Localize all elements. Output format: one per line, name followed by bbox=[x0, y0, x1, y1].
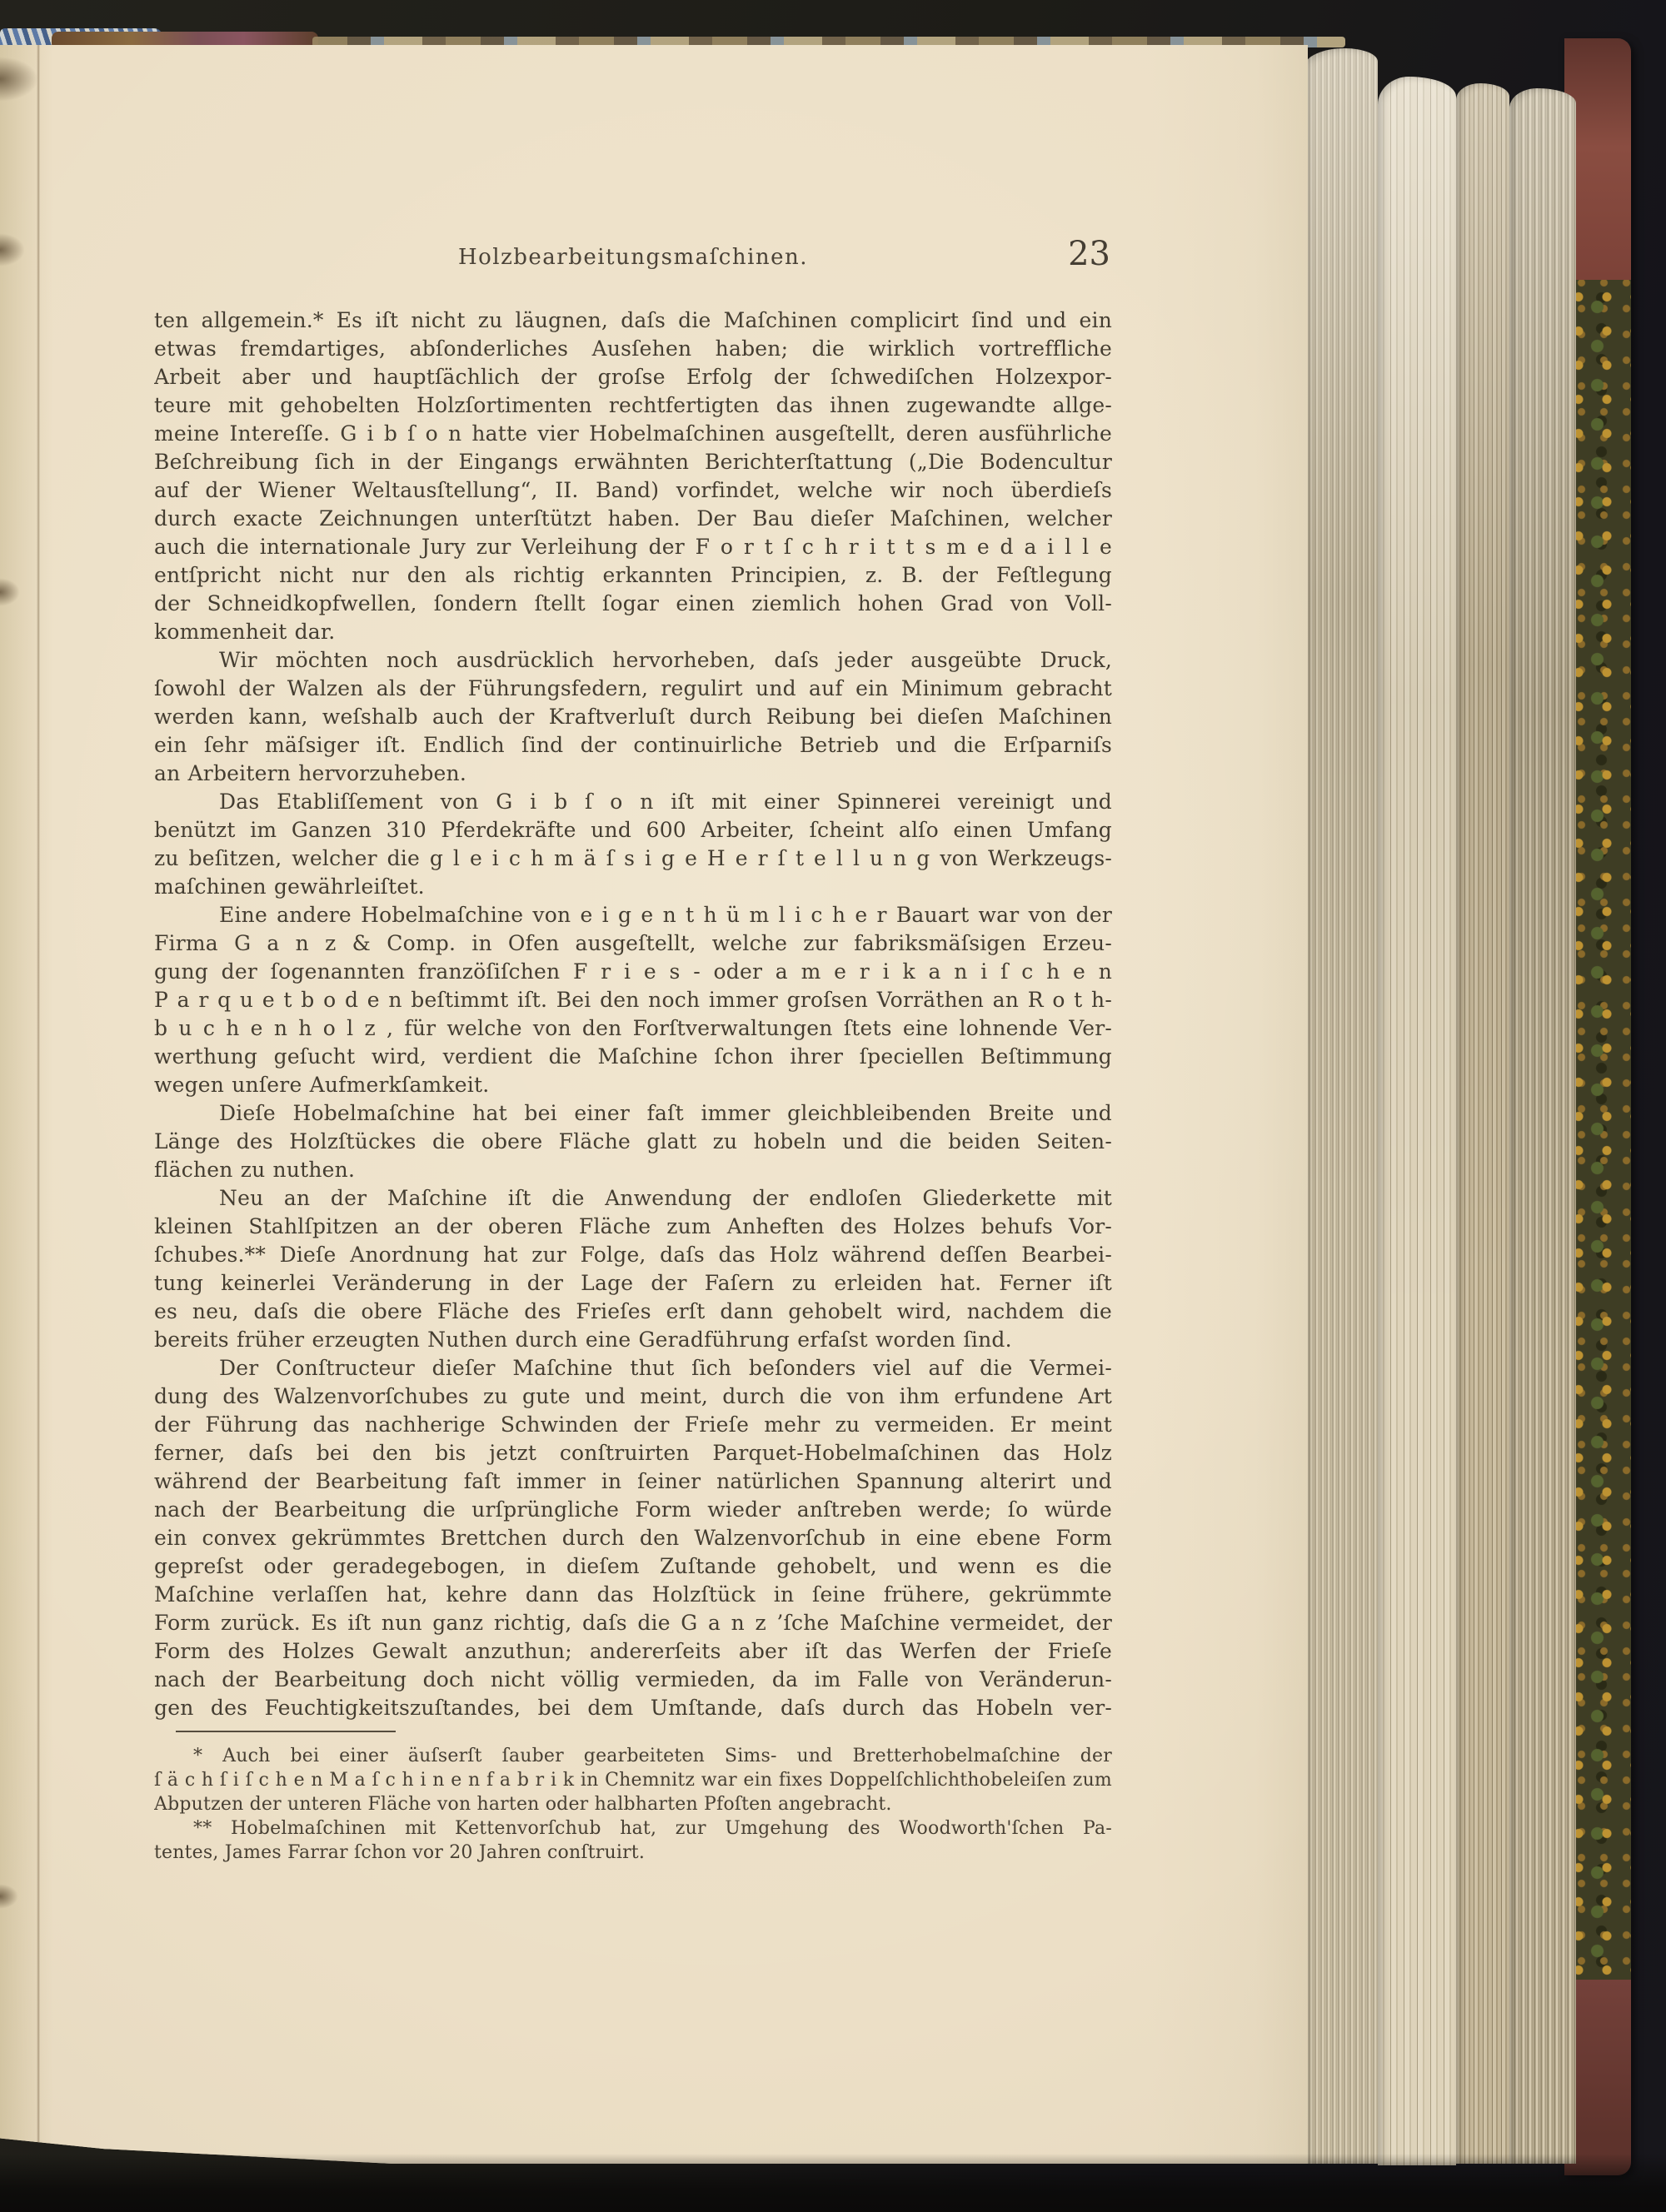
footnote-line: Abputzen der unteren Fläche von harten o… bbox=[154, 1792, 1112, 1816]
body-line: kleinen Stahlſpitzen an der oberen Fläch… bbox=[154, 1213, 1112, 1241]
footnotes: * Auch bei einer äuſserſt ſauber gearbei… bbox=[154, 1744, 1112, 1865]
fore-edge-pages bbox=[1509, 88, 1576, 2164]
body-line: teure mit gehobelten Holzſortimenten rec… bbox=[154, 391, 1112, 420]
page-curl-mark bbox=[0, 57, 38, 102]
body-line: kommenheit dar. bbox=[154, 618, 1112, 646]
body-line: Firma G a n z & Comp. in Ofen ausgeſtell… bbox=[154, 929, 1112, 958]
body-line: benützt im Ganzen 310 Pferdekräfte und 6… bbox=[154, 816, 1112, 844]
body-line: es neu, daſs die obere Fläche des Frieſe… bbox=[154, 1298, 1112, 1326]
body-line: ten allgemein.* Es iſt nicht zu läugnen,… bbox=[154, 306, 1112, 335]
page-curl-mark bbox=[0, 1884, 18, 1909]
body-line: etwas fremdartiges, abſonderliches Ausſe… bbox=[154, 335, 1112, 363]
body-line: entſpricht nicht nur den als richtig erk… bbox=[154, 561, 1112, 590]
body-line: Form zurück. Es iſt nun ganz richtig, da… bbox=[154, 1609, 1112, 1637]
body-line: nach der Bearbeitung die urſprüngliche F… bbox=[154, 1496, 1112, 1524]
page-number: 23 bbox=[1068, 235, 1110, 273]
body-line: bereits früher erzeugten Nuthen durch ei… bbox=[154, 1326, 1112, 1354]
body-line: der Schneidkopfwellen, ſondern ſtellt ſo… bbox=[154, 590, 1112, 618]
body-line: ferner, daſs bei den bis jetzt conſtruir… bbox=[154, 1439, 1112, 1467]
fore-edge-pages bbox=[1378, 77, 1456, 2165]
body-line: dung des Walzenvorſchubes zu gute und me… bbox=[154, 1382, 1112, 1411]
body-line: Das Etabliſſement von G i b ſ o n iſt mi… bbox=[154, 788, 1112, 816]
body-line: zu beſitzen, welcher die g l e i c h m ä… bbox=[154, 844, 1112, 873]
body-line: Der Conſtructeur dieſer Maſchine thut ſi… bbox=[154, 1354, 1112, 1382]
body-line: werden kann, weſshalb auch der Kraftverl… bbox=[154, 703, 1112, 731]
page-curl-mark bbox=[0, 578, 20, 606]
page-curl-mark bbox=[0, 233, 25, 267]
body-line: Neu an der Maſchine iſt die Anwendung de… bbox=[154, 1184, 1112, 1213]
body-line: wegen unſere Aufmerkſamkeit. bbox=[154, 1071, 1112, 1099]
body-line: der Führung das nachherige Schwinden der… bbox=[154, 1411, 1112, 1439]
body-line: Maſchine verlaſſen hat, kehre dann das H… bbox=[154, 1581, 1112, 1609]
body-line: tung keinerlei Veränderung in der Lage d… bbox=[154, 1269, 1112, 1298]
body-line: ſchubes.** Dieſe Anordnung hat zur Folge… bbox=[154, 1241, 1112, 1269]
body-line: b u c h e n h o l z , für welche von den… bbox=[154, 1014, 1112, 1043]
body-line: während der Bearbeitung faſt immer in ſe… bbox=[154, 1467, 1112, 1496]
body-line: auf der Wiener Weltausſtellung“, II. Ban… bbox=[154, 476, 1112, 505]
page-header: Holzbearbeitungsmaſchinen. 23 bbox=[154, 245, 1112, 283]
body-line: nach der Bearbeitung doch nicht völlig v… bbox=[154, 1666, 1112, 1694]
body-line: Beſchreibung ſich in der Eingangs erwähn… bbox=[154, 448, 1112, 476]
body-text: ten allgemein.* Es iſt nicht zu läugnen,… bbox=[154, 306, 1112, 1722]
body-line: ein ſehr mäſsiger iſt. Endlich ſind der … bbox=[154, 731, 1112, 760]
body-line: durch exacte Zeichnungen unterſtützt hab… bbox=[154, 505, 1112, 533]
body-line: P a r q u e t b o d e n beſtimmt iſt. Be… bbox=[154, 986, 1112, 1014]
body-line: Eine andere Hobelmaſchine von e i g e n … bbox=[154, 901, 1112, 929]
body-line: Länge des Holzſtückes die obere Fläche g… bbox=[154, 1128, 1112, 1156]
body-line: ſowohl der Walzen als der Führungsfedern… bbox=[154, 675, 1112, 703]
running-title: Holzbearbeitungsmaſchinen. bbox=[154, 245, 1112, 270]
footnote-line: ſ ä c h ſ i ſ c h e n M a ſ c h i n e n … bbox=[154, 1768, 1112, 1792]
photo-backdrop: Holzbearbeitungsmaſchinen. 23 ten allgem… bbox=[0, 0, 1666, 2212]
body-line: werthung geſucht wird, verdient die Maſc… bbox=[154, 1043, 1112, 1071]
fore-edge-pages bbox=[1456, 83, 1509, 2164]
body-line: ein convex gekrümmtes Brettchen durch de… bbox=[154, 1524, 1112, 1552]
body-line: Arbeit aber und hauptſächlich der groſse… bbox=[154, 363, 1112, 391]
body-line: auch die internationale Jury zur Verleih… bbox=[154, 533, 1112, 561]
body-line: gen des Feuchtigkeitszuſtandes, bei dem … bbox=[154, 1694, 1112, 1722]
footnote-line: * Auch bei einer äuſserſt ſauber gearbei… bbox=[154, 1744, 1112, 1768]
page-content: Holzbearbeitungsmaſchinen. 23 ten allgem… bbox=[154, 245, 1112, 1865]
fore-edge-pages bbox=[1304, 48, 1378, 2164]
body-line: gepreſst oder geradegebogen, in dieſem Z… bbox=[154, 1552, 1112, 1581]
footnote-line: ** Hobelmaſchinen mit Kettenvorſchub hat… bbox=[154, 1816, 1112, 1841]
body-line: Wir möchten noch ausdrücklich hervorhebe… bbox=[154, 646, 1112, 675]
body-line: Dieſe Hobelmaſchine hat bei einer faſt i… bbox=[154, 1099, 1112, 1128]
book-page: Holzbearbeitungsmaſchinen. 23 ten allgem… bbox=[0, 45, 1308, 2164]
body-line: flächen zu nuthen. bbox=[154, 1156, 1112, 1184]
footnote-rule bbox=[176, 1731, 396, 1732]
body-line: meine Intereſſe. G i b ſ o n hatte vier … bbox=[154, 420, 1112, 448]
footnote-line: tentes, James Farrar ſchon vor 20 Jahren… bbox=[154, 1841, 1112, 1865]
body-line: gung der ſogenannten franzöſiſchen F r i… bbox=[154, 958, 1112, 986]
body-line: maſchinen gewährleiſtet. bbox=[154, 873, 1112, 901]
body-line: Form des Holzes Gewalt anzuthun; anderer… bbox=[154, 1637, 1112, 1666]
gutter-crease bbox=[37, 45, 40, 2164]
body-line: an Arbeitern hervorzuheben. bbox=[154, 760, 1112, 788]
